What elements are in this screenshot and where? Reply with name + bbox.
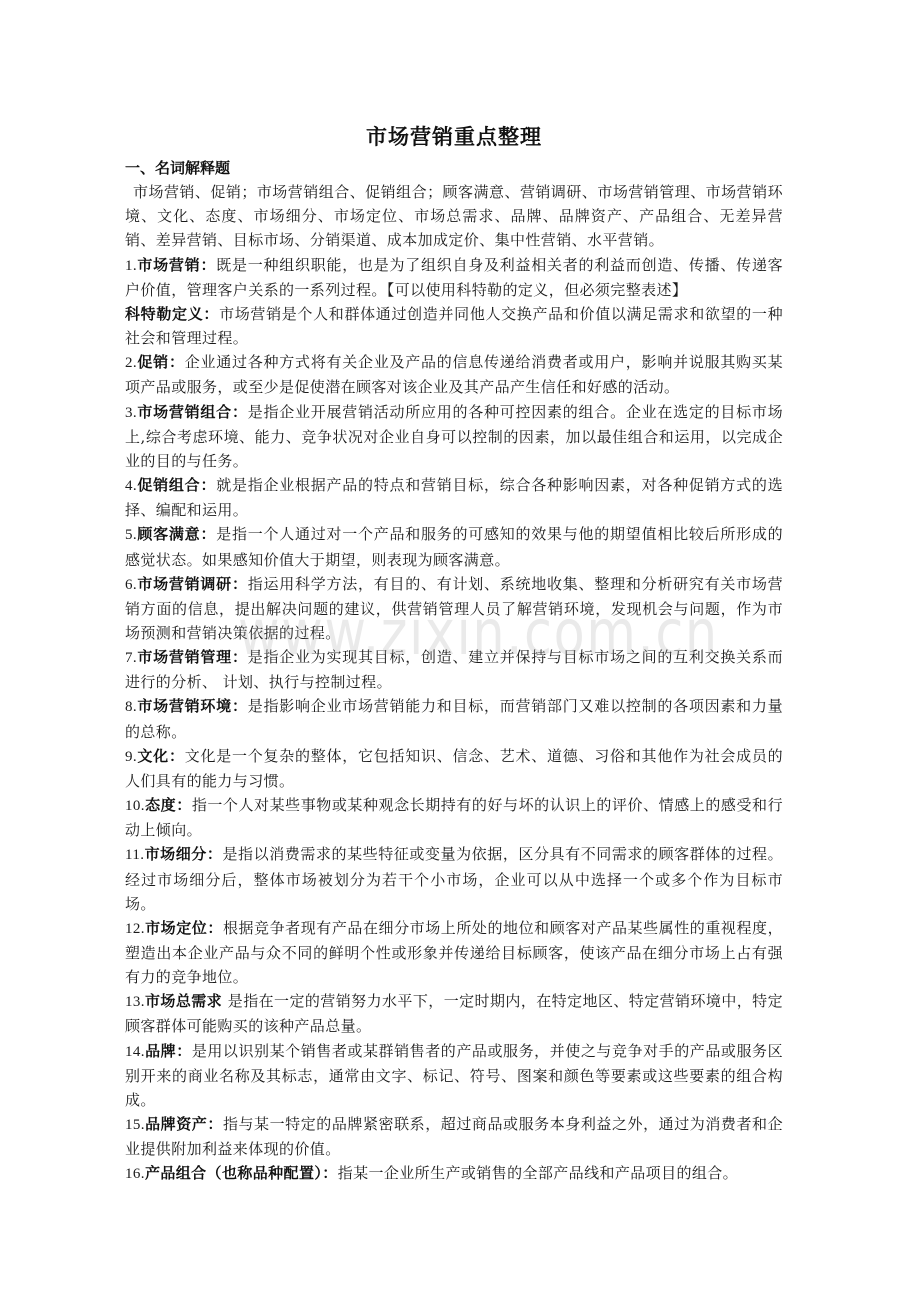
- entry-separator: ：: [200, 476, 216, 494]
- section-heading: 一、名词解释题: [125, 156, 783, 180]
- entry-definition: 指与某一特定的品牌紧密联系，超过商品或服务本身利益之外，通过为消费者和企业提供附…: [125, 1115, 783, 1158]
- definition-entry: 14.品牌：是用以识别某个销售者或某群销售者的产品或服务，并使之与竞争对手的产品…: [125, 1039, 783, 1112]
- definition-entry: 1.市场营销：既是一种组织职能，也是为了组织自身及利益相关者的利益而创造、传播、…: [125, 253, 783, 302]
- entry-term: 市场定位: [145, 919, 207, 937]
- entry-definition: 企业通过各种方式将有关企业及产品的信息传递给消费者或用户，影响并说服其购买某项产…: [125, 353, 783, 396]
- entry-number: 16.: [125, 1166, 145, 1182]
- entry-term: 市场营销环境: [137, 697, 232, 715]
- entry-term: 市场营销调研: [137, 575, 232, 593]
- entry-term: 市场细分: [144, 845, 206, 863]
- entry-number: 3.: [125, 405, 137, 421]
- entry-definition: 根据竞争者现有产品在细分市场上所处的地位和顾客对产品某些属性的重视程度，塑造出本…: [125, 919, 783, 986]
- definition-entry: 3.市场营销组合：是指企业开展营销活动所应用的各种可控因素的组合。企业在选定的目…: [125, 400, 783, 473]
- entry-separator: ：: [200, 525, 216, 543]
- entry-definition: 指某一企业所生产或销售的全部产品线和产品项目的组合。: [338, 1164, 738, 1182]
- entry-separator: ：: [232, 575, 248, 593]
- definition-entry: 10.态度：指一个人对某些事物或某种观念长期持有的好与坏的认识上的评价、情感上的…: [125, 793, 783, 842]
- entry-number: 12.: [125, 921, 145, 937]
- definition-entry: 9.文化：文化是一个复杂的整体，它包括知识、信念、艺术、道德、习俗和其他作为社会…: [125, 744, 783, 793]
- entry-number: 15.: [125, 1117, 145, 1133]
- document-title: 市场营销重点整理: [125, 122, 783, 152]
- entry-number: 13.: [125, 994, 145, 1010]
- definition-entry: 7.市场营销管理：是指企业为实现其目标，创造、建立并保持与目标市场之间的互利交换…: [125, 645, 783, 694]
- entry-separator: ：: [169, 353, 185, 371]
- entry-term: 态度: [145, 796, 176, 814]
- entry-number: 6.: [125, 577, 137, 593]
- definition-entry: 11.市场细分：是指以消费需求的某些特征或变量为依据，区分具有不同需求的顾客群体…: [125, 842, 783, 915]
- entry-number: 1.: [125, 258, 137, 274]
- entry-separator: ：: [176, 796, 192, 814]
- entry-term: 促销组合: [137, 476, 200, 494]
- definition-entry: 13.市场总需求 是指在一定的营销努力水平下，一定时期内，在特定地区、特定营销环…: [125, 989, 783, 1038]
- entry-definition: 文化是一个复杂的整体，它包括知识、信念、艺术、道德、习俗和其他作为社会成员的人们…: [125, 747, 783, 790]
- entry-separator: ：: [232, 697, 248, 715]
- entry-separator: ：: [207, 845, 223, 863]
- entry-definition: 是指一个人通过对一个产品和服务的可感知的效果与他的期望值相比较后所形成的感觉状态…: [125, 525, 783, 568]
- entry-term: 科特勒定义: [125, 305, 203, 323]
- entry-number: 8.: [125, 699, 137, 715]
- definition-entry: 2.促销：企业通过各种方式将有关企业及产品的信息传递给消费者或用户，影响并说服其…: [125, 350, 783, 399]
- entry-separator: ：: [203, 305, 219, 323]
- entry-term: 市场营销管理: [137, 648, 232, 666]
- entry-number: 10.: [125, 798, 145, 814]
- entry-number: 14.: [125, 1044, 145, 1060]
- definition-entry: 4.促销组合：就是指企业根据产品的特点和营销目标，综合各种影响因素，对各种促销方…: [125, 473, 783, 522]
- entry-number: 5.: [125, 527, 137, 543]
- definition-entry: 8.市场营销环境：是指影响企业市场营销能力和目标，而营销部门又难以控制的各项因素…: [125, 694, 783, 743]
- entry-definition: 就是指企业根据产品的特点和营销目标，综合各种影响因素，对各种促销方式的选择、编配…: [125, 476, 783, 519]
- definition-entry: 科特勒定义：市场营销是个人和群体通过创造并同他人交换产品和价值以满足需求和欲望的…: [125, 302, 783, 350]
- entry-term: 文化: [137, 747, 169, 765]
- entry-number: 7.: [125, 650, 137, 666]
- entry-separator: ：: [232, 648, 248, 666]
- terms-list-intro: 市场营销、促销；市场营销组合、促销组合；顾客满意、营销调研、市场营销管理、市场营…: [125, 180, 783, 252]
- entry-term: 产品组合（也称品种配置）: [145, 1164, 322, 1182]
- definition-entry: 5.顾客满意：是指一个人通过对一个产品和服务的可感知的效果与他的期望值相比较后所…: [125, 522, 783, 571]
- entry-term: 市场营销组合: [137, 403, 232, 421]
- entry-number: 4.: [125, 478, 137, 494]
- entry-number: 9.: [125, 749, 137, 765]
- entry-separator: ：: [200, 256, 216, 274]
- definition-list: 1.市场营销：既是一种组织职能，也是为了组织自身及利益相关者的利益而创造、传播、…: [125, 253, 783, 1187]
- entry-definition: 是指以消费需求的某些特征或变量为依据，区分具有不同需求的顾客群体的过程。经过市场…: [125, 845, 783, 912]
- entry-separator: ：: [232, 403, 248, 421]
- entry-term: 促销: [137, 353, 169, 371]
- entry-separator: ：: [322, 1164, 337, 1182]
- definition-entry: 15.品牌资产：指与某一特定的品牌紧密联系，超过商品或服务本身利益之外，通过为消…: [125, 1112, 783, 1161]
- entry-term: 品牌资产: [145, 1115, 207, 1133]
- entry-separator: ：: [207, 919, 223, 937]
- definition-entry: 6.市场营销调研：指运用科学方法，有目的、有计划、系统地收集、整理和分析研究有关…: [125, 572, 783, 645]
- entry-term: 市场总需求: [145, 992, 222, 1010]
- entry-separator: ：: [176, 1042, 192, 1060]
- entry-term: 市场营销: [137, 256, 200, 274]
- entry-separator: ：: [207, 1115, 223, 1133]
- definition-entry: 12.市场定位：根据竞争者现有产品在细分市场上所处的地位和顾客对产品某些属性的重…: [125, 916, 783, 989]
- entry-definition: 市场营销是个人和群体通过创造并同他人交换产品和价值以满足需求和欲望的一种社会和管…: [125, 305, 783, 347]
- document-page: 市场营销重点整理 一、名词解释题 市场营销、促销；市场营销组合、促销组合；顾客满…: [125, 122, 783, 1187]
- entry-number: 2.: [125, 355, 137, 371]
- entry-separator: ：: [169, 747, 185, 765]
- entry-term: 顾客满意: [137, 525, 200, 543]
- entry-definition: 既是一种组织职能，也是为了组织自身及利益相关者的利益而创造、传播、传递客户价值，…: [125, 256, 783, 299]
- entry-number: 11.: [125, 847, 144, 863]
- entry-definition: 是用以识别某个销售者或某群销售者的产品或服务，并使之与竞争对手的产品或服务区别开…: [125, 1042, 783, 1109]
- definition-entry: 16.产品组合（也称品种配置）：指某一企业所生产或销售的全部产品线和产品项目的组…: [125, 1161, 783, 1186]
- entry-term: 品牌: [145, 1042, 176, 1060]
- entry-definition: 指一个人对某些事物或某种观念长期持有的好与坏的认识上的评价、情感上的感受和行动上…: [125, 796, 783, 839]
